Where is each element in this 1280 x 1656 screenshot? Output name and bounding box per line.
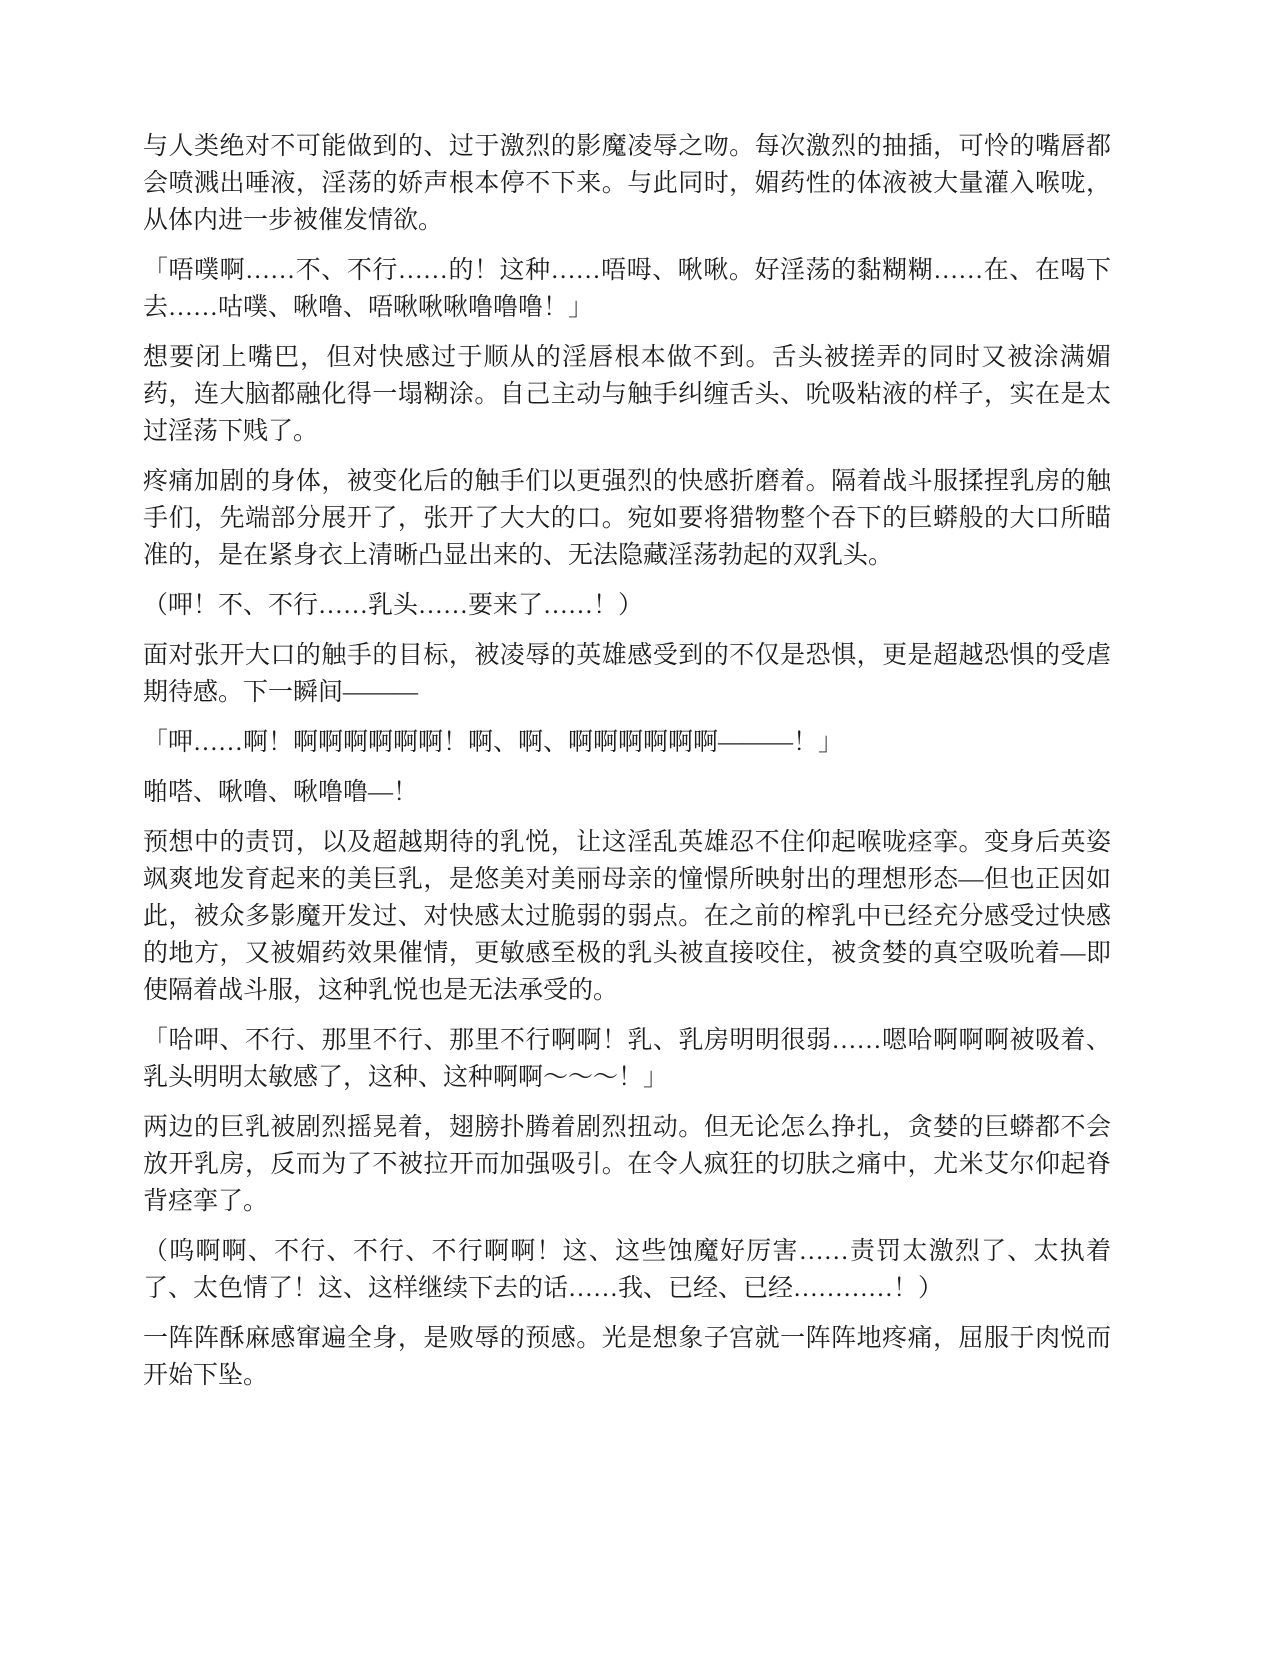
paragraph: 「哈呷、不行、那里不行、那里不行啊啊！乳、乳房明明很弱……嗯哈啊啊啊被吸着、乳头… bbox=[143, 1022, 1111, 1096]
paragraph: 两边的巨乳被剧烈摇晃着，翅膀扑腾着剧烈扭动。但无论怎么挣扎，贪婪的巨蟒都不会放开… bbox=[143, 1109, 1111, 1220]
paragraph: 面对张开大口的触手的目标，被凌辱的英雄感受到的不仅是恐惧，更是超越恐惧的受虐期待… bbox=[143, 637, 1111, 711]
paragraph: 「唔噗啊……不、不行……的！这种……唔呣、啾啾。好淫荡的黏糊糊……在、在喝下去…… bbox=[143, 252, 1111, 326]
paragraph: （呷！不、不行……乳头……要来了……！） bbox=[143, 587, 1111, 624]
paragraph: 「呷……啊！啊啊啊啊啊啊！啊、啊、啊啊啊啊啊啊———！」 bbox=[143, 724, 1111, 761]
paragraph: 疼痛加剧的身体，被变化后的触手们以更强烈的快感折磨着。隔着战斗服揉捏乳房的触手们… bbox=[143, 463, 1111, 574]
paragraph: 啪嗒、啾噜、啾噜噜—！ bbox=[143, 774, 1111, 811]
paragraph: 与人类绝对不可能做到的、过于激烈的影魔凌辱之吻。每次激烈的抽插，可怜的嘴唇都会喷… bbox=[143, 128, 1111, 239]
paragraph: 一阵阵酥麻感窜遍全身，是败辱的预感。光是想象子宫就一阵阵地疼痛，屈服于肉悦而开始… bbox=[143, 1320, 1111, 1394]
document-page: 与人类绝对不可能做到的、过于激烈的影魔凌辱之吻。每次激烈的抽插，可怜的嘴唇都会喷… bbox=[0, 0, 1280, 1656]
paragraph: （呜啊啊、不行、不行、不行啊啊！这、这些蚀魔好厉害……责罚太激烈了、太执着了、太… bbox=[143, 1233, 1111, 1307]
paragraph: 想要闭上嘴巴，但对快感过于顺从的淫唇根本做不到。舌头被搓弄的同时又被涂满媚药，连… bbox=[143, 339, 1111, 450]
paragraph: 预想中的责罚，以及超越期待的乳悦，让这淫乱英雄忍不住仰起喉咙痉挛。变身后英姿飒爽… bbox=[143, 824, 1111, 1009]
text-block: 与人类绝对不可能做到的、过于激烈的影魔凌辱之吻。每次激烈的抽插，可怜的嘴唇都会喷… bbox=[143, 128, 1111, 1407]
